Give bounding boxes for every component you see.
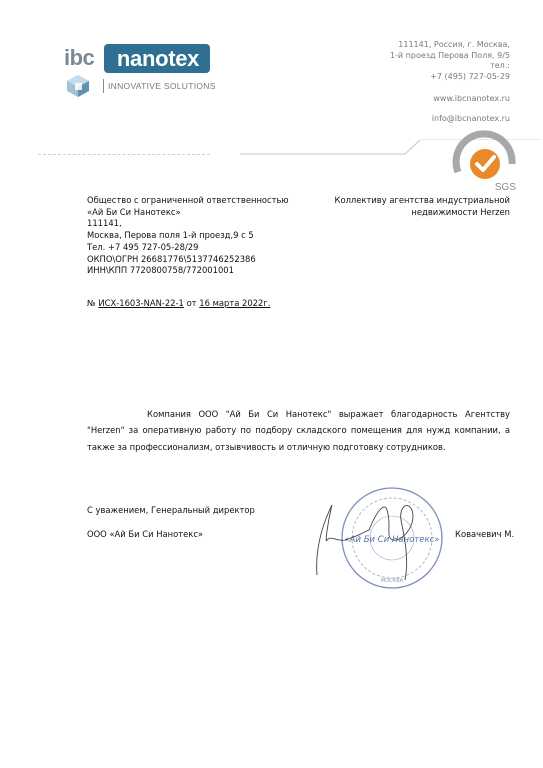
logo-tagline: INNOVATIVE SOLUTIONS bbox=[108, 80, 216, 92]
recipient-line-1: Коллективу агентства индустриальной bbox=[335, 195, 511, 207]
sender-details: Общество с ограниченной ответственностью… bbox=[87, 195, 289, 277]
phone-label: тел.: bbox=[390, 61, 510, 72]
recipient-line-2: недвижимости Herzen bbox=[335, 207, 511, 219]
company-stamp-icon: «Ай Би Си Нанотекс» МОСКВА bbox=[297, 480, 447, 605]
logo-cube-icon bbox=[66, 74, 90, 98]
address-line-1: 111141, Россия, г. Москва, bbox=[390, 40, 510, 51]
logo-ibc-text: ibc bbox=[64, 45, 94, 71]
svg-text:МОСКВА: МОСКВА bbox=[381, 578, 404, 584]
document-number: ИСХ-1603-NAN-22-1 bbox=[98, 298, 184, 308]
sender-inn-kpp: ИНН\КПП 7720800758/772001001 bbox=[87, 265, 289, 277]
sender-org-name: «Ай Би Си Нанотекс» bbox=[87, 207, 289, 219]
sender-postcode: 111141, bbox=[87, 218, 289, 230]
document-date: 16 марта 2022г. bbox=[199, 298, 270, 308]
letter-body: Компания ООО "Ай Би Си Нанотекс" выражае… bbox=[87, 406, 510, 455]
sender-address: Москва, Перова поля 1-й проезд,9 с 5 bbox=[87, 230, 289, 242]
address-line-2: 1-й проезд Перова Поля, 9/5 bbox=[390, 51, 510, 62]
number-sign: № bbox=[87, 298, 96, 308]
sender-org-type: Общество с ограниченной ответственностью bbox=[87, 195, 289, 207]
signature-company: ООО «Ай Би Си Нанотекс» bbox=[87, 529, 203, 539]
sender-phone: Тел. +7 495 727-05-28/29 bbox=[87, 242, 289, 254]
svg-text:SGS: SGS bbox=[495, 182, 516, 192]
closing-regards: С уважением, Генеральный директор bbox=[87, 505, 255, 515]
logo-nanotex-text: nanotex bbox=[108, 44, 208, 73]
sender-okpo-ogrn: ОКПО\ОГРН 26681776\5137746252386 bbox=[87, 254, 289, 266]
signer-name: Ковачевич М. bbox=[455, 529, 514, 539]
sgs-certification-icon: SGS bbox=[448, 128, 520, 192]
logo-divider bbox=[103, 79, 104, 93]
from-word: от bbox=[187, 298, 197, 308]
reference-number: № ИСХ-1603-NAN-22-1 от 16 марта 2022г. bbox=[87, 298, 270, 308]
recipient: Коллективу агентства индустриальной недв… bbox=[335, 195, 511, 218]
company-contacts: 111141, Россия, г. Москва, 1-й проезд Пе… bbox=[390, 40, 510, 82]
website-link[interactable]: www.ibcnanotex.ru bbox=[433, 94, 510, 103]
header-divider bbox=[38, 154, 210, 155]
phone-number: +7 (495) 727-05-29 bbox=[390, 72, 510, 83]
